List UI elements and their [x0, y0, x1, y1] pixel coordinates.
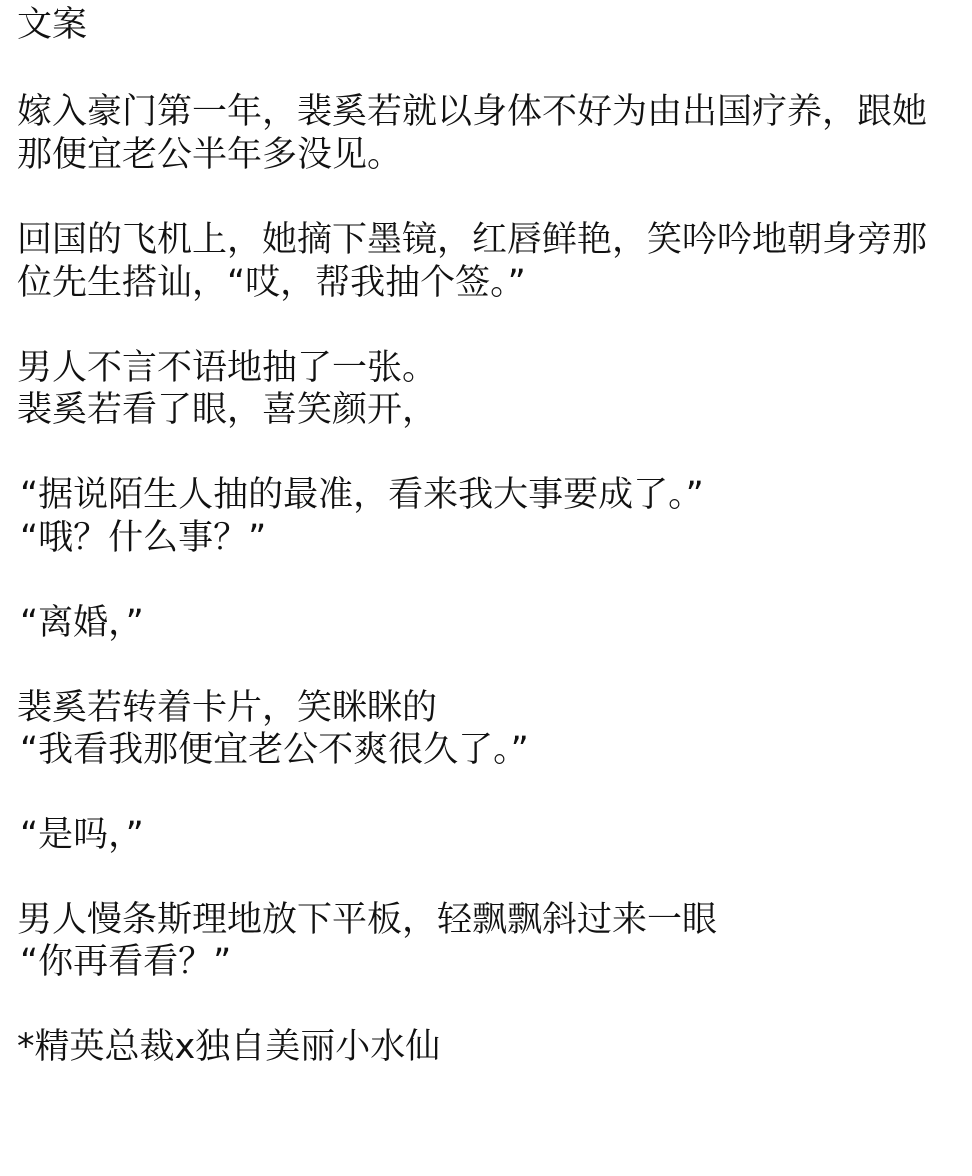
dialogue-line: “你再看看？” [20, 941, 231, 983]
paragraph-line: 那便宜老公半年多没见。 [17, 134, 402, 176]
dialogue-line: “离婚，” [20, 602, 144, 644]
document-title: 文案 [17, 4, 87, 46]
paragraph-line: 男人慢条斯理地放下平板，轻飘飘斜过来一眼 [17, 899, 717, 941]
dialogue-line: “是吗，” [20, 814, 144, 856]
paragraph-line: 裴奚若看了眼，喜笑颜开， [17, 389, 437, 431]
dialogue-line: “哦？什么事？” [20, 517, 266, 559]
paragraph-line: 裴奚若转着卡片，笑眯眯的 [17, 687, 437, 729]
paragraph-line: 男人不言不语地抽了一张。 [17, 347, 437, 389]
dialogue-line: “我看我那便宜老公不爽很久了。” [20, 729, 529, 771]
paragraph-line: 回国的飞机上，她摘下墨镜，红唇鲜艳，笑吟吟地朝身旁那 [17, 219, 927, 261]
paragraph-line: 位先生搭讪，“哎，帮我抽个签。” [17, 262, 526, 304]
paragraph-line: 嫁入豪门第一年，裴奚若就以身体不好为由出国疗养，跟她 [17, 91, 927, 133]
dialogue-line: “据说陌生人抽的最准，看来我大事要成了。” [20, 474, 704, 516]
tagline: *精英总裁x独自美丽小水仙 [17, 1026, 440, 1068]
